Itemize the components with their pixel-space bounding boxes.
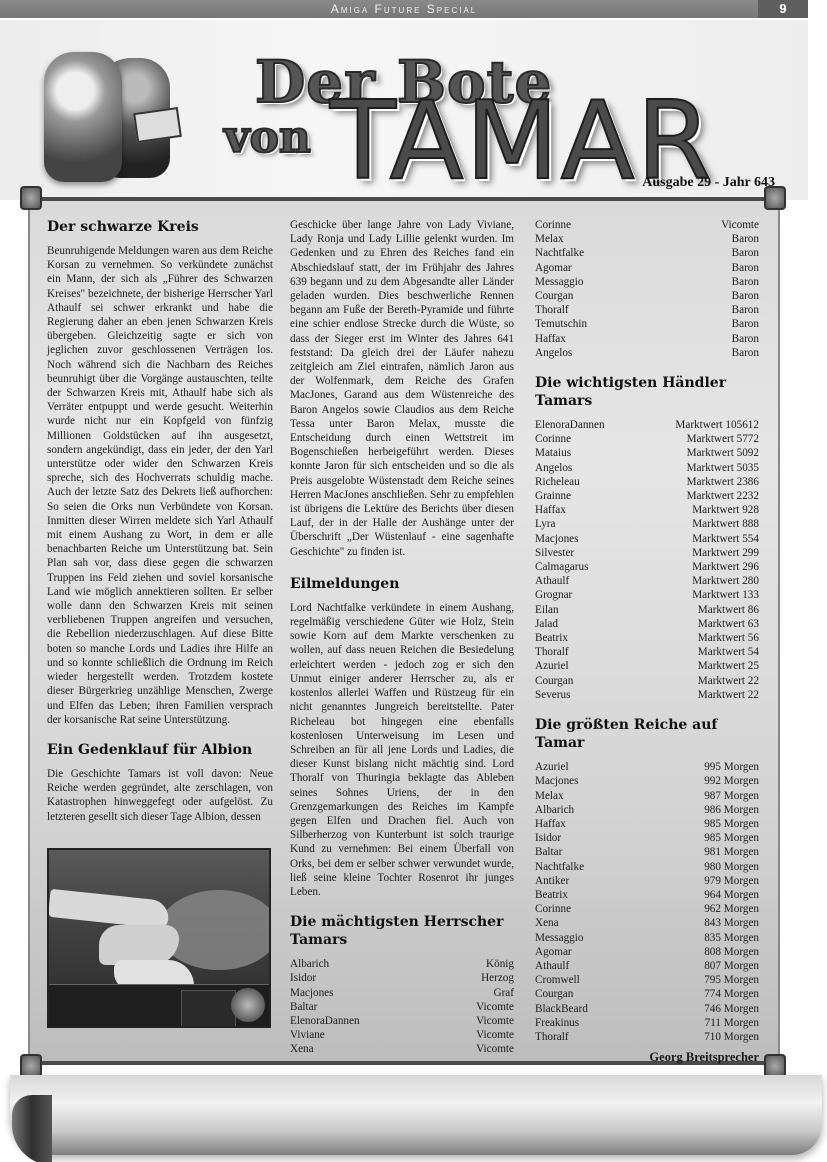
ruler-name: Thoralf: [535, 303, 569, 317]
list-item: BaltarVicomte: [290, 1000, 514, 1014]
landmass: [99, 925, 179, 965]
realm-size: 985 Morgen: [704, 831, 759, 845]
list-item: MacjonesMarktwert 554: [535, 532, 759, 546]
realm-name: BlackBeard: [535, 1002, 588, 1016]
heading-reiche: Die größten Reiche auf Tamar: [535, 716, 759, 752]
trader-name: Grognar: [535, 588, 572, 602]
rivet-icon: [764, 186, 786, 210]
ruler-name: Angelos: [535, 346, 572, 360]
trader-name: Athaulf: [535, 574, 569, 588]
ruler-name: Albarich: [290, 957, 329, 971]
ruler-title: Baron: [732, 261, 759, 275]
ruler-name: Xena: [290, 1042, 314, 1056]
trader-value: Marktwert 280: [692, 574, 759, 588]
realm-name: Corinne: [535, 902, 571, 916]
list-item: HaffaxMarktwert 928: [535, 503, 759, 517]
heading-schwarze-kreis: Der schwarze Kreis: [47, 218, 273, 236]
list-item: Isidor985 Morgen: [535, 831, 759, 845]
realm-name: Messaggio: [535, 931, 583, 945]
list-item: Messaggio835 Morgen: [535, 931, 759, 945]
trader-name: Thoralf: [535, 645, 569, 659]
ruler-name: ElenoraDannen: [290, 1014, 360, 1028]
list-item: CorinneVicomte: [535, 218, 759, 232]
list-item: Haffax985 Morgen: [535, 817, 759, 831]
realm-name: Antiker: [535, 874, 569, 888]
rivet-icon: [20, 186, 42, 210]
article-schwarze-kreis: Beunruhigende Meldungen waren aus dem Re…: [47, 244, 273, 727]
list-item: ElenoraDannenMarktwert 105612: [535, 418, 759, 432]
list-item: GrainneMarktwert 2232: [535, 489, 759, 503]
list-item: ThoralfBaron: [535, 303, 759, 317]
list-item: XenaVicomte: [290, 1042, 514, 1056]
trader-name: Severus: [535, 688, 570, 702]
ruler-title: Vicomte: [476, 1028, 514, 1042]
herrscher-list-part2: CorinneVicomte MelaxBaron NachtfalkeBaro…: [535, 218, 759, 360]
list-item: VivianeVicomte: [290, 1028, 514, 1042]
page-number: 9: [758, 0, 808, 18]
heading-gedenklauf: Ein Gedenklauf für Albion: [47, 741, 273, 759]
trader-value: Marktwert 888: [692, 517, 759, 531]
realm-name: Azuriel: [535, 760, 569, 774]
list-item: Cromwell795 Morgen: [535, 973, 759, 987]
trader-value: Marktwert 5035: [687, 461, 759, 475]
haendler-list: ElenoraDannenMarktwert 105612 CorinneMar…: [535, 418, 759, 702]
heading-herrscher: Die mächtigsten Herrscher Tamars: [290, 913, 514, 949]
realm-size: 774 Morgen: [704, 987, 759, 1001]
trader-value: Marktwert 296: [692, 560, 759, 574]
list-item: TemutschinBaron: [535, 317, 759, 331]
realm-size: 808 Morgen: [704, 945, 759, 959]
ruler-title: Baron: [732, 232, 759, 246]
issue-label: Ausgabe 29 - Jahr 643: [642, 175, 775, 191]
ruler-title: Baron: [732, 275, 759, 289]
ruler-title: Baron: [732, 346, 759, 360]
ruler-title: Baron: [732, 246, 759, 260]
ruler-title: Baron: [732, 289, 759, 303]
list-item: LyraMarktwert 888: [535, 517, 759, 531]
list-item: AgomarBaron: [535, 261, 759, 275]
realm-name: Courgan: [535, 987, 573, 1001]
realm-size: 980 Morgen: [704, 860, 759, 874]
ruler-name: Isidor: [290, 971, 316, 985]
trader-value: Marktwert 54: [698, 645, 759, 659]
list-item: AlbarichKönig: [290, 957, 514, 971]
trader-value: Marktwert 105612: [675, 418, 759, 432]
realm-size: 964 Morgen: [704, 888, 759, 902]
list-item: AngelosMarktwert 5035: [535, 461, 759, 475]
realm-name: Xena: [535, 916, 559, 930]
realm-size: 835 Morgen: [704, 931, 759, 945]
realm-size: 962 Morgen: [704, 902, 759, 916]
trader-value: Marktwert 2386: [687, 475, 759, 489]
realm-name: Beatrix: [535, 888, 568, 902]
trader-value: Marktwert 22: [698, 688, 759, 702]
trader-value: Marktwert 554: [692, 532, 759, 546]
realm-size: 987 Morgen: [704, 789, 759, 803]
trader-value: Marktwert 63: [698, 617, 759, 631]
ruler-name: Haffax: [535, 332, 566, 346]
list-item: RicheleauMarktwert 2386: [535, 475, 759, 489]
frame-right-rod: [778, 197, 780, 1065]
trader-value: Marktwert 5092: [687, 446, 759, 460]
list-item: Thoralf710 Morgen: [535, 1030, 759, 1044]
trader-value: Marktwert 5772: [687, 432, 759, 446]
realm-name: Melax: [535, 789, 564, 803]
realm-size: 979 Morgen: [704, 874, 759, 888]
ruler-title: Baron: [732, 303, 759, 317]
trader-value: Marktwert 56: [698, 631, 759, 645]
ruler-title: Baron: [732, 317, 759, 331]
list-item: Azuriel995 Morgen: [535, 760, 759, 774]
landmass: [48, 889, 170, 929]
realm-name: Baltar: [535, 845, 562, 859]
realm-size: 807 Morgen: [704, 959, 759, 973]
realm-name: Albarich: [535, 803, 574, 817]
realm-name: Cromwell: [535, 973, 580, 987]
list-item: CorinneMarktwert 5772: [535, 432, 759, 446]
trader-value: Marktwert 928: [692, 503, 759, 517]
list-item: AzurielMarktwert 25: [535, 659, 759, 673]
ruler-title: Graf: [494, 986, 515, 1000]
trader-name: Courgan: [535, 674, 573, 688]
list-item: Beatrix964 Morgen: [535, 888, 759, 902]
list-item: Melax987 Morgen: [535, 789, 759, 803]
list-item: Agomar808 Morgen: [535, 945, 759, 959]
realm-name: Agomar: [535, 945, 572, 959]
trader-name: Angelos: [535, 461, 572, 475]
ruler-name: Viviane: [290, 1028, 325, 1042]
realm-name: Athaulf: [535, 959, 569, 973]
list-item: Antiker979 Morgen: [535, 874, 759, 888]
author-byline: Georg Breitsprecher: [535, 1050, 759, 1065]
frame-left-rod: [28, 197, 30, 1065]
list-item: EilanMarktwert 86: [535, 603, 759, 617]
herrscher-list-part1: AlbarichKönig IsidorHerzog MacjonesGraf …: [290, 957, 514, 1056]
masthead: Der Bote von TAMAR: [0, 20, 808, 200]
realm-name: Macjones: [535, 774, 579, 788]
reiche-list: Azuriel995 Morgen Macjones992 Morgen Mel…: [535, 760, 759, 1044]
list-item: BeatrixMarktwert 56: [535, 631, 759, 645]
trader-name: Silvester: [535, 546, 574, 560]
trader-name: Macjones: [535, 532, 579, 546]
list-item: AngelosBaron: [535, 346, 759, 360]
list-item: MataiusMarktwert 5092: [535, 446, 759, 460]
article-eilmeldungen: Lord Nachtfalke verkündete in einem Aush…: [290, 601, 514, 899]
realm-size: 992 Morgen: [704, 774, 759, 788]
list-item: IsidorHerzog: [290, 971, 514, 985]
realm-size: 795 Morgen: [704, 973, 759, 987]
ruler-title: Vicomte: [721, 218, 759, 232]
ruler-name: Agomar: [535, 261, 572, 275]
list-item: SeverusMarktwert 22: [535, 688, 759, 702]
list-item: MessaggioBaron: [535, 275, 759, 289]
list-item: Corinne962 Morgen: [535, 902, 759, 916]
trader-value: Marktwert 86: [698, 603, 759, 617]
trader-name: Eilan: [535, 603, 559, 617]
list-item: NachtfalkeBaron: [535, 246, 759, 260]
realm-size: 985 Morgen: [704, 817, 759, 831]
trader-value: Marktwert 25: [698, 659, 759, 673]
heading-eilmeldungen: Eilmeldungen: [290, 575, 514, 593]
list-item: Baltar981 Morgen: [535, 845, 759, 859]
list-item: Xena843 Morgen: [535, 916, 759, 930]
realm-name: Nachtfalke: [535, 860, 584, 874]
realm-name: Thoralf: [535, 1030, 569, 1044]
scroll-curl-decoration: [12, 1095, 52, 1162]
compass-icon: [231, 988, 265, 1022]
list-item: Freakinus711 Morgen: [535, 1016, 759, 1030]
list-item: GrognarMarktwert 133: [535, 588, 759, 602]
magazine-header-bar: Amiga Future Special 9: [0, 0, 808, 18]
ruler-name: Melax: [535, 232, 564, 246]
king-figure-illustration: [44, 52, 122, 182]
ruler-name: Baltar: [290, 1000, 317, 1014]
realm-size: 995 Morgen: [704, 760, 759, 774]
trader-name: Lyra: [535, 517, 556, 531]
list-item: CourganMarktwert 22: [535, 674, 759, 688]
trader-name: Corinne: [535, 432, 571, 446]
ruler-name: Courgan: [535, 289, 573, 303]
trader-name: Haffax: [535, 503, 566, 517]
ruler-name: Messaggio: [535, 275, 583, 289]
game-screenshot-image: [47, 848, 271, 1028]
realm-size: 710 Morgen: [704, 1030, 759, 1044]
article-gedenklauf-part2: Geschicke über lange Jahre von Lady Vivi…: [290, 218, 514, 559]
trader-value: Marktwert 299: [692, 546, 759, 560]
column-1: Der schwarze Kreis Beunruhigende Meldung…: [47, 212, 273, 824]
realm-size: 746 Morgen: [704, 1002, 759, 1016]
realm-size: 843 Morgen: [704, 916, 759, 930]
list-item: Courgan774 Morgen: [535, 987, 759, 1001]
trader-name: Azuriel: [535, 659, 569, 673]
trader-name: Grainne: [535, 489, 571, 503]
trader-name: Mataius: [535, 446, 571, 460]
realm-name: Isidor: [535, 831, 561, 845]
heading-haendler: Die wichtigsten Händler Tamars: [535, 374, 759, 410]
trader-name: Richeleau: [535, 475, 580, 489]
ruler-title: Vicomte: [476, 1042, 514, 1056]
list-item: SilvesterMarktwert 299: [535, 546, 759, 560]
article-gedenklauf-part1: Die Geschichte Tamars ist voll davon: Ne…: [47, 767, 273, 824]
trader-name: Beatrix: [535, 631, 568, 645]
realm-size: 981 Morgen: [704, 845, 759, 859]
masthead-title-von: von: [224, 112, 311, 163]
ruler-title: Vicomte: [476, 1014, 514, 1028]
magazine-brand: Amiga Future Special: [0, 2, 808, 16]
list-item: BlackBeard746 Morgen: [535, 1002, 759, 1016]
trader-value: Marktwert 2232: [687, 489, 759, 503]
game-hud-list: [181, 990, 236, 1028]
ruler-name: Temutschin: [535, 317, 587, 331]
list-item: CourganBaron: [535, 289, 759, 303]
trader-value: Marktwert 22: [698, 674, 759, 688]
ruler-title: Baron: [732, 332, 759, 346]
list-item: ThoralfMarktwert 54: [535, 645, 759, 659]
ruler-name: Nachtfalke: [535, 246, 584, 260]
list-item: Nachtfalke980 Morgen: [535, 860, 759, 874]
list-item: HaffaxBaron: [535, 332, 759, 346]
column-3: CorinneVicomte MelaxBaron NachtfalkeBaro…: [535, 212, 759, 1065]
realm-size: 711 Morgen: [705, 1016, 759, 1030]
ruler-title: Herzog: [481, 971, 514, 985]
list-item: Albarich986 Morgen: [535, 803, 759, 817]
list-item: MacjonesGraf: [290, 986, 514, 1000]
ruler-title: König: [486, 957, 514, 971]
trader-value: Marktwert 133: [692, 588, 759, 602]
realm-size: 986 Morgen: [704, 803, 759, 817]
realm-name: Haffax: [535, 817, 566, 831]
book-icon: [133, 107, 182, 143]
ruler-title: Vicomte: [476, 1000, 514, 1014]
trader-name: Calmagarus: [535, 560, 588, 574]
list-item: ElenoraDannenVicomte: [290, 1014, 514, 1028]
scroll-roll-decoration: [10, 1075, 822, 1155]
column-2: Geschicke über lange Jahre von Lady Vivi…: [290, 212, 514, 1057]
trader-name: ElenoraDannen: [535, 418, 605, 432]
trader-name: Jalad: [535, 617, 558, 631]
list-item: AthaulfMarktwert 280: [535, 574, 759, 588]
list-item: Macjones992 Morgen: [535, 774, 759, 788]
ruler-name: Corinne: [535, 218, 571, 232]
ruler-name: Macjones: [290, 986, 334, 1000]
realm-name: Freakinus: [535, 1016, 579, 1030]
list-item: CalmagarusMarktwert 296: [535, 560, 759, 574]
list-item: MelaxBaron: [535, 232, 759, 246]
list-item: JaladMarktwert 63: [535, 617, 759, 631]
list-item: Athaulf807 Morgen: [535, 959, 759, 973]
